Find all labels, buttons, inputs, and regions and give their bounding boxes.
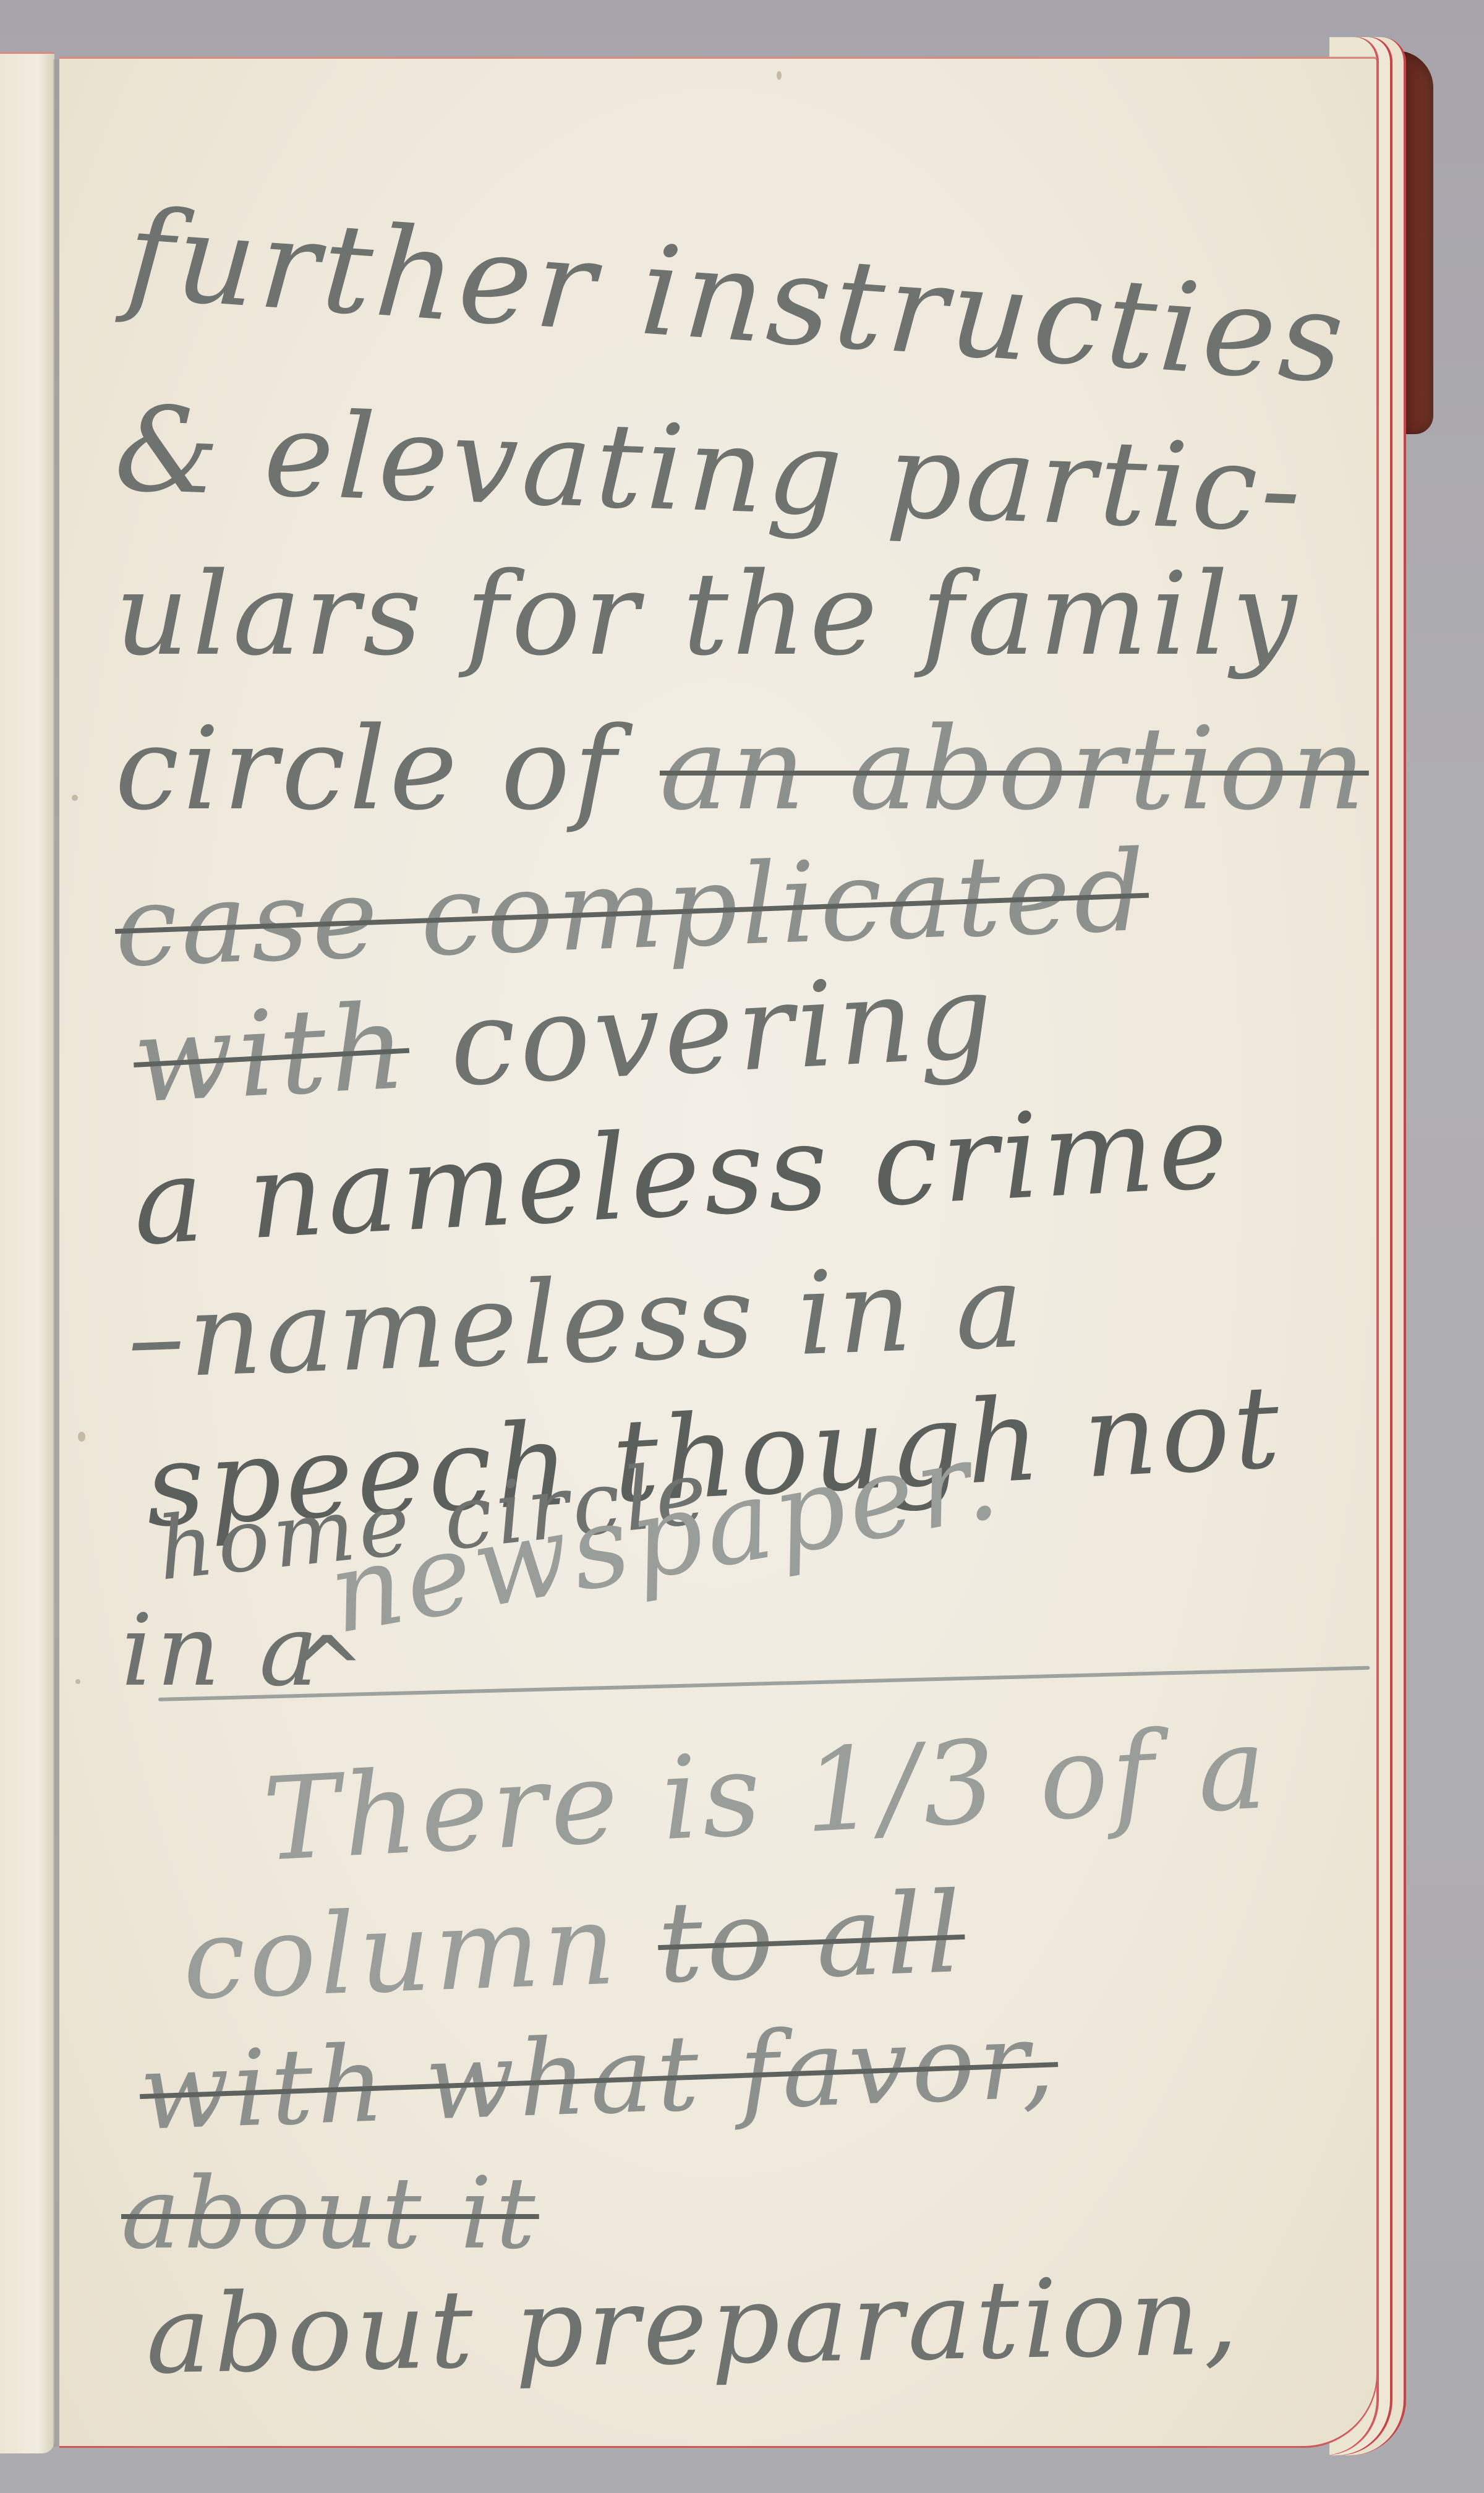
line-text: further instructies — [122, 182, 1352, 411]
struck-text: to all — [655, 1868, 966, 2008]
foxing-speck — [777, 71, 782, 80]
line-text: about preparation, — [145, 2254, 1242, 2398]
struck-text: with — [130, 978, 412, 1129]
handwritten-line-17: about preparation, — [145, 2254, 1242, 2398]
facing-page-strip — [0, 52, 54, 2453]
handwritten-line-15: with what favor, — [138, 1999, 1060, 2154]
handwritten-line-14: column to all — [181, 1868, 966, 2025]
foxing-speck — [78, 1432, 85, 1442]
struck-text: an abortion — [660, 702, 1369, 836]
insertion-caret: ^ — [288, 1617, 366, 1725]
handwritten-line-2: & elevating partic- — [113, 380, 1307, 558]
line-text: circle of — [115, 702, 660, 836]
scan-background: further instructies & elevating partic- … — [0, 0, 1484, 2493]
struck-text: about it — [121, 2155, 539, 2271]
foxing-speck — [72, 795, 78, 801]
line-text: & elevating partic- — [113, 380, 1307, 558]
line-text: column — [181, 1879, 660, 2025]
line-text: ulars for the family — [115, 547, 1300, 681]
handwritten-line-1: further instructies — [122, 182, 1352, 411]
foxing-speck — [75, 1679, 80, 1684]
handwritten-line-13: There is 1/3 of a — [260, 1701, 1273, 1887]
line-text: There is 1/3 of a — [260, 1701, 1273, 1887]
handwritten-line-16: about it — [121, 2155, 539, 2271]
notebook-page: further instructies & elevating partic- … — [59, 57, 1378, 2448]
handwritten-line-4: circle of an abortion — [115, 702, 1369, 836]
handwritten-line-3: ulars for the family — [115, 547, 1300, 681]
struck-text: with what favor, — [138, 1999, 1060, 2154]
